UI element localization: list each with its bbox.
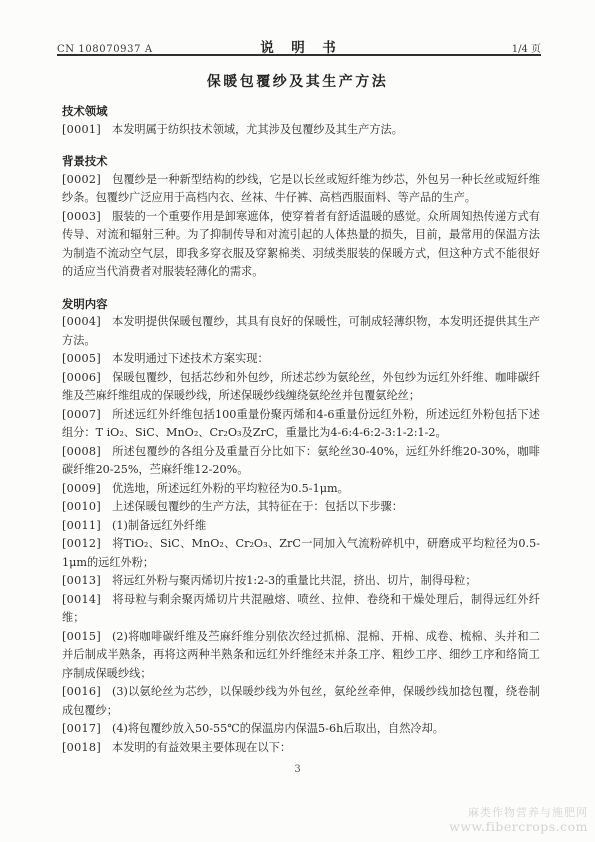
watermark-site-name: 麻类作物营养与施肥网 (449, 806, 588, 820)
section-summary-of-invention: 发明内容 [0004]本发明提供保暖包覆纱，其具有良好的保暖性，可制成轻薄织物，… (62, 295, 540, 758)
paragraph: [0013]将远红外粉与聚丙烯切片按1:2-3的重量比共混，挤出、切片，制得母粒… (62, 572, 540, 591)
paragraph: [0011](1)制备远红外纤维 (62, 517, 540, 536)
paragraph-text: (2)将咖啡碳纤维及苎麻纤维分别依次经过抓棉、混棉、开棉、成卷、梳棉、头并和二并… (62, 630, 540, 680)
section-heading: 发明内容 (62, 295, 540, 314)
paragraph: [0010]上述保暖包覆纱的生产方法，其特征在于：包括以下步骤： (62, 498, 540, 517)
paragraph-text: 包覆纱是一种新型结构的纱线，它是以长丝或短纤维为纱芯，外包另一种长丝或短纤维纱条… (62, 173, 540, 205)
paragraph-number: [0010] (62, 498, 112, 517)
paragraph: [0004]本发明提供保暖包覆纱，其具有良好的保暖性，可制成轻薄织物，本发明还提… (62, 313, 540, 350)
paragraph: [0002]包覆纱是一种新型结构的纱线，它是以长丝或短纤维为纱芯，外包另一种长丝… (62, 171, 540, 208)
paragraph-text: (4)将包覆纱放入50-55℃的保温房内保温5-6h后取出，自然冷却。 (112, 722, 444, 735)
paragraph: [0007]所述远红外纤维包括100重量份聚丙烯和4-6重量份远红外粉，所述远红… (62, 406, 540, 443)
paragraph-text: 上述保暖包覆纱的生产方法，其特征在于：包括以下步骤： (112, 500, 403, 513)
paragraph: [0016](3)以氨纶丝为芯纱，以保暖纱线为外包丝，氨纶丝牵伸，保暖纱线加捻包… (62, 683, 540, 720)
section-technical-field: 技术领域 [0001]本发明属于纺织技术领域，尤其涉及包覆纱及其生产方法。 (62, 102, 540, 139)
section-heading: 背景技术 (62, 152, 540, 171)
paragraph-number: [0017] (62, 720, 112, 739)
paragraph-text: 保暖包覆纱，包括芯纱和外包纱，所述芯纱为氨纶丝，外包纱为远红外纤维、咖啡碳纤维及… (62, 371, 540, 403)
paragraph-text: 本发明通过下述技术方案实现： (112, 352, 269, 365)
paragraph-text: 服装的一个重要作用是卸寒遮体，使穿着者有舒适温暖的感觉。众所周知热传递方式有传导… (62, 210, 540, 279)
paragraph-text: 本发明提供保暖包覆纱，其具有良好的保暖性，可制成轻薄织物，本发明还提供其生产方法… (62, 315, 540, 347)
invention-title: 保暖包覆纱及其生产方法 (0, 71, 595, 91)
page-indicator: 1/4 页 (381, 40, 541, 55)
paragraph-number: [0016] (62, 683, 112, 702)
paragraph-text: 将母粒与剩余聚丙烯切片共混融熔、喷丝、拉伸、卷绕和干燥处理后，制得远红外纤维； (62, 593, 540, 625)
document-type-label: 说 明 书 (217, 36, 381, 56)
site-watermark: 麻类作物营养与施肥网 www.fibercrops.com (449, 806, 588, 834)
document-body: 技术领域 [0001]本发明属于纺织技术领域，尤其涉及包覆纱及其生产方法。 背景… (62, 102, 540, 757)
paragraph-text: 将远红外粉与聚丙烯切片按1:2-3的重量比共混，挤出、切片，制得母粒； (112, 574, 477, 587)
paragraph-number: [0013] (62, 572, 112, 591)
paragraph-text: 所述包覆纱的各组分及重量百分比如下：氨纶丝30-40%，远红外纤维20-30%，… (62, 445, 540, 477)
paragraph: [0014]将母粒与剩余聚丙烯切片共混融熔、喷丝、拉伸、卷绕和干燥处理后，制得远… (62, 591, 540, 628)
section-background-art: 背景技术 [0002]包覆纱是一种新型结构的纱线，它是以长丝或短纤维为纱芯，外包… (62, 152, 540, 282)
paragraph-number: [0005] (62, 350, 112, 369)
paragraph-number: [0018] (62, 739, 112, 758)
paragraph-text: 将TiO₂、SiC、MnO₂、Cr₂O₃、ZrC一同加入气流粉碎机中，研磨成平均… (62, 537, 540, 569)
paragraph-text: 优选地，所述远红外粉的平均粒径为0.5-1μm。 (112, 482, 349, 495)
paragraph-text: 所述远红外纤维包括100重量份聚丙烯和4-6重量份远红外粉，所述远红外粉包括下述… (62, 408, 540, 440)
paragraph: [0005]本发明通过下述技术方案实现： (62, 350, 540, 369)
paragraph: [0008]所述包覆纱的各组分及重量百分比如下：氨纶丝30-40%，远红外纤维2… (62, 443, 540, 480)
paragraph-number: [0004] (62, 313, 112, 332)
paragraph: [0017](4)将包覆纱放入50-55℃的保温房内保温5-6h后取出，自然冷却… (62, 720, 540, 739)
patent-specification-page: CN 108070937 A 说 明 书 1/4 页 保暖包覆纱及其生产方法 技… (0, 0, 595, 842)
section-heading: 技术领域 (62, 102, 540, 121)
paragraph: [0006]保暖包覆纱，包括芯纱和外包纱，所述芯纱为氨纶丝，外包纱为远红外纤维、… (62, 369, 540, 406)
paragraph-number: [0014] (62, 591, 112, 610)
paragraph-text: 本发明属于纺织技术领域，尤其涉及包覆纱及其生产方法。 (112, 123, 403, 136)
paragraph-number: [0015] (62, 628, 112, 647)
paragraph-text: 本发明的有益效果主要体现在以下： (112, 741, 291, 754)
paragraph-number: [0007] (62, 406, 112, 425)
paragraph-number: [0006] (62, 369, 112, 388)
watermark-site-url: www.fibercrops.com (449, 820, 588, 834)
paragraph: [0015](2)将咖啡碳纤维及苎麻纤维分别依次经过抓棉、混棉、开棉、成卷、梳棉… (62, 628, 540, 684)
paragraph: [0018]本发明的有益效果主要体现在以下： (62, 739, 540, 758)
paragraph-number: [0001] (62, 121, 112, 140)
page-number: 3 (0, 764, 595, 775)
paragraph-number: [0008] (62, 443, 112, 462)
paragraph-number: [0011] (62, 517, 112, 536)
paragraph-number: [0002] (62, 171, 112, 190)
paragraph-text: (1)制备远红外纤维 (112, 519, 206, 532)
paragraph-text: (3)以氨纶丝为芯纱，以保暖纱线为外包丝，氨纶丝牵伸，保暖纱线加捻包覆，绕卷制成… (62, 685, 540, 717)
paragraph-number: [0012] (62, 535, 112, 554)
paragraph: [0009]优选地，所述远红外粉的平均粒径为0.5-1μm。 (62, 480, 540, 499)
paragraph: [0012]将TiO₂、SiC、MnO₂、Cr₂O₃、ZrC一同加入气流粉碎机中… (62, 535, 540, 572)
paragraph: [0001]本发明属于纺织技术领域，尤其涉及包覆纱及其生产方法。 (62, 121, 540, 140)
paragraph-number: [0009] (62, 480, 112, 499)
paragraph-number: [0003] (62, 208, 112, 227)
paragraph: [0003]服装的一个重要作用是卸寒遮体，使穿着者有舒适温暖的感觉。众所周知热传… (62, 208, 540, 282)
header-divider (57, 54, 541, 56)
page-header: CN 108070937 A 说 明 书 1/4 页 (57, 36, 541, 56)
